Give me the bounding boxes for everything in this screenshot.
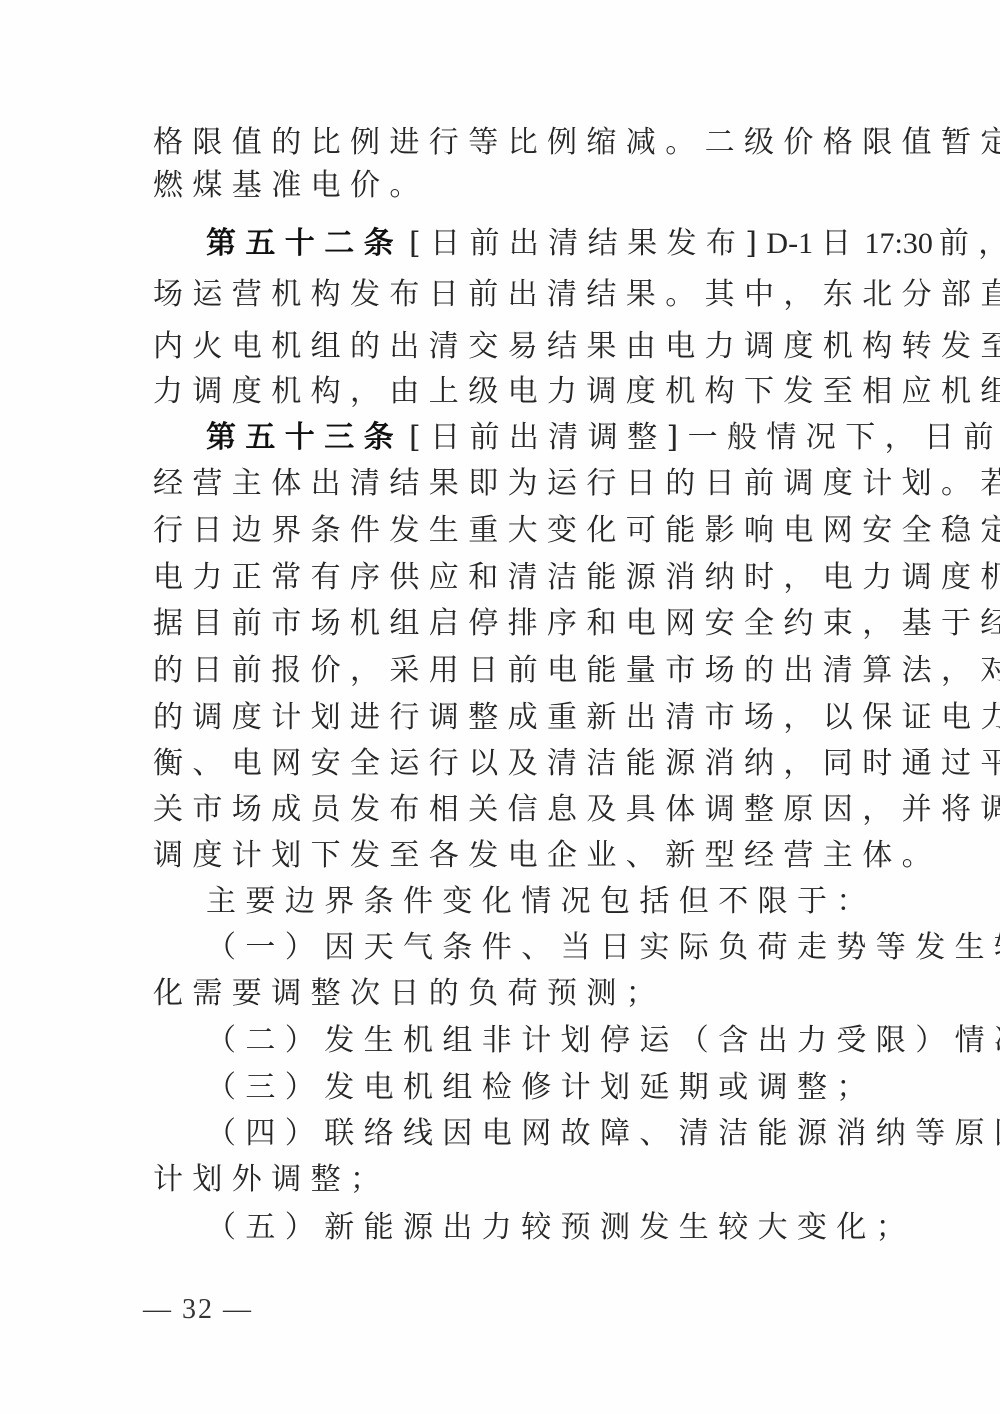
- condition-item-2: （二）发生机组非计划停运（含出力受限）情况；: [206, 1019, 846, 1063]
- document-page: 格限值的比例进行等比例缩减。二级价格限值暂定为k倍 燃煤基准电价。 第五十二条[…: [0, 0, 1000, 1414]
- article-53-line-5: 据目前市场机组启停排序和电网安全约束，基于经营主体: [153, 602, 843, 646]
- article-53-line-6: 的日前报价，采用日前电能量市场的出清算法，对适行日: [153, 649, 843, 693]
- article-53-line-4: 电力正常有序供应和清洁能源消纳时，电力调度机构可根: [153, 556, 843, 600]
- condition-label: （五）: [206, 1210, 324, 1245]
- condition-label: （二）: [206, 1023, 324, 1058]
- article-52-day: D-1: [766, 227, 813, 260]
- conditions-intro: 主要边界条件变化情况包括但不限于：: [206, 880, 846, 924]
- article-52-line-2: 场运营机构发布日前出清结果。其中，东北分部直调蒙东: [153, 273, 843, 317]
- article-53-line-7: 的调度计划进行调整成重新出清市场，以保证电力供应平: [153, 696, 843, 740]
- condition-label: （四）: [206, 1116, 324, 1151]
- condition-item-1: （一）因天气条件、当日实际负荷走势等发生较大变: [206, 926, 846, 970]
- article-53-text: 一般情况下，日前市场的: [688, 420, 1000, 455]
- continuation-line-1: 格限值的比例进行等比例缩减。二级价格限值暂定为k倍: [153, 121, 843, 165]
- article-53-number: 第五十三条: [206, 420, 403, 455]
- article-52-time: 17:30: [860, 227, 938, 260]
- article-53-line-8: 衡、电网安全运行以及清洁能源消纳，同时通过平台向相: [153, 742, 843, 786]
- page-number: — 32 —: [143, 1292, 253, 1328]
- continuation-text: 格限值的比例进行等比例缩减。二级价格限值暂定为: [153, 125, 1000, 160]
- article-52-day-label: 日: [813, 226, 860, 261]
- article-53-line-3: 行日边界条件发生重大变化可能影响电网安全稳定运行、: [153, 509, 843, 553]
- condition-item-3: （三）发电机组检修计划延期或调整；: [206, 1066, 846, 1110]
- condition-item-1-cont: 化需要调整次日的负荷预测；: [153, 972, 843, 1016]
- article-53-title: [日前出清调整]: [403, 420, 688, 455]
- article-53-line-9: 关市场成员发布相关信息及具体调整原因，并将调整后的: [153, 788, 843, 832]
- article-52-title: [日前出清结果发布]: [403, 226, 766, 261]
- condition-text: 发电机组检修计划延期或调整；: [324, 1070, 876, 1105]
- condition-text: 发生机组非计划停运（含出力受限）情况；: [324, 1023, 1000, 1058]
- condition-label: （一）: [206, 930, 324, 965]
- article-53-line-2: 经营主体出清结果即为运行日的日前调度计划。若电网运: [153, 462, 843, 506]
- condition-text: 新能源出力较预测发生较大变化；: [324, 1210, 915, 1245]
- condition-text: 联络线因电网故障、清洁能源消纳等原因出现: [324, 1116, 1000, 1151]
- condition-item-5: （五）新能源出力较预测发生较大变化；: [206, 1206, 846, 1250]
- article-52-line-1: 第五十二条[日前出清结果发布]D-1日17:30前，市: [206, 222, 846, 266]
- condition-item-4-cont: 计划外调整；: [153, 1158, 843, 1202]
- article-53-line-10: 调度计划下发至各发电企业、新型经营主体。: [153, 834, 843, 878]
- article-52-line-4: 力调度机构，由上级电力调度机构下发至相应机组。: [153, 370, 843, 414]
- article-52-time-suffix: 前，市: [939, 226, 1000, 261]
- article-52-number: 第五十二条: [206, 226, 403, 261]
- condition-item-4: （四）联络线因电网故障、清洁能源消纳等原因出现: [206, 1112, 846, 1156]
- condition-text: 因天气条件、当日实际负荷走势等发生较大变: [324, 930, 1000, 965]
- article-52-line-3: 内火电机组的出清交易结果由电力调度机构转发至上级电: [153, 325, 843, 369]
- condition-label: （三）: [206, 1070, 324, 1105]
- article-53-line-1: 第五十三条[日前出清调整]一般情况下，日前市场的: [206, 416, 846, 460]
- continuation-line-2: 燃煤基准电价。: [153, 164, 843, 208]
